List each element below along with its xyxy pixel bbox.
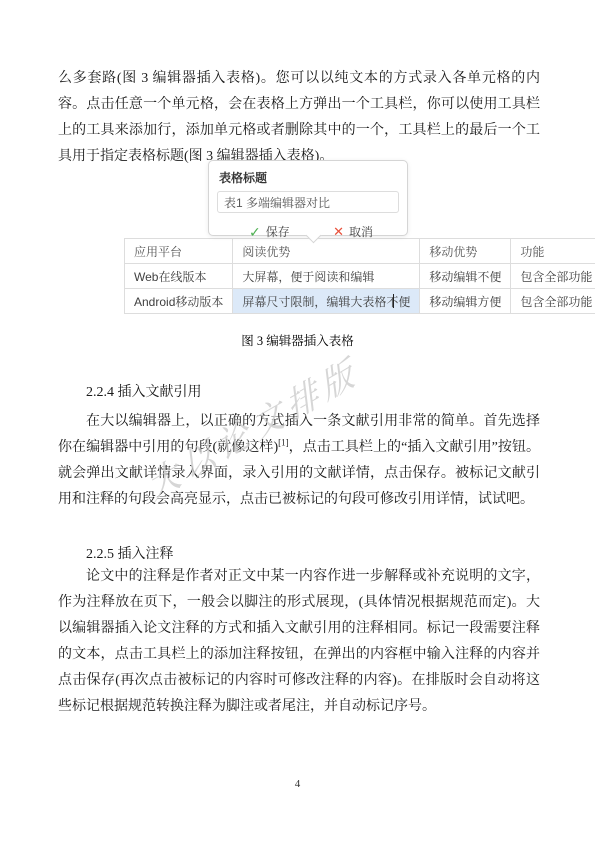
cancel-button-label: 取消 [349, 225, 373, 239]
citation-reference-mark: [1] [278, 437, 289, 447]
table-caption-input[interactable] [217, 191, 399, 213]
figure-caption: 图 3 编辑器插入表格 [0, 331, 595, 349]
annotation-paragraph: 论文中的注释是作者对正文中某一内容作进一步解释或补充说明的文字，作为注释放在页下… [58, 564, 540, 720]
table-row: Android移动版本 屏幕尺寸限制，编辑大表格不便 移动编辑方便 包含全部功能 [125, 289, 595, 314]
table-cell[interactable]: Web在线版本 [125, 264, 233, 289]
intro-paragraph: 么多套路(图 3 编辑器插入表格)。您可以以纯文本的方式录入各单元格的内容。点击… [58, 66, 540, 170]
save-button[interactable]: ✓ 保存 [249, 225, 290, 239]
section-heading-2-2-4: 2.2.4 插入文献引用 [86, 380, 202, 406]
table-cell[interactable]: Android移动版本 [125, 289, 233, 314]
table-cell[interactable]: 移动编辑不便 [420, 264, 511, 289]
table-cell[interactable]: 移动编辑方便 [420, 289, 511, 314]
table-header-reading[interactable]: 阅读优势 [233, 239, 420, 264]
table-header-features[interactable]: 功能 [511, 239, 595, 264]
close-icon: ✕ [333, 225, 344, 239]
table-header-mobile[interactable]: 移动优势 [420, 239, 511, 264]
text-cursor [393, 294, 394, 308]
table-header-row: 应用平台 阅读优势 移动优势 功能 [125, 239, 595, 264]
table-cell-selected[interactable]: 屏幕尺寸限制，编辑大表格不便 [233, 289, 420, 314]
document-page: 大以论文排版 么多套路(图 3 编辑器插入表格)。您可以以纯文本的方式录入各单元… [0, 0, 595, 842]
cancel-button[interactable]: ✕ 取消 [333, 225, 373, 239]
comparison-table: 应用平台 阅读优势 移动优势 功能 Web在线版本 大屏幕，便于阅读和编辑 移动… [124, 238, 595, 314]
table-cell[interactable]: 包含全部功能 [511, 264, 595, 289]
table-row: Web在线版本 大屏幕，便于阅读和编辑 移动编辑不便 包含全部功能 [125, 264, 595, 289]
save-button-label: 保存 [266, 225, 290, 239]
table-caption-popup: 表格标题 ✓ 保存 ✕ 取消 [208, 160, 408, 236]
table-cell[interactable]: 包含全部功能 [511, 289, 595, 314]
table-cell[interactable]: 大屏幕，便于阅读和编辑 [233, 264, 420, 289]
popup-title-label: 表格标题 [219, 169, 399, 186]
table-header-platform[interactable]: 应用平台 [125, 239, 233, 264]
page-number: 4 [0, 778, 595, 790]
check-icon: ✓ [249, 225, 261, 239]
citation-paragraph: 在大以编辑器上，以正确的方式插入一条文献引用非常的简单。首先选择你在编辑器中引用… [58, 409, 540, 513]
table-cell-text: 屏幕尺寸限制，编辑大表格不便 [242, 295, 410, 309]
